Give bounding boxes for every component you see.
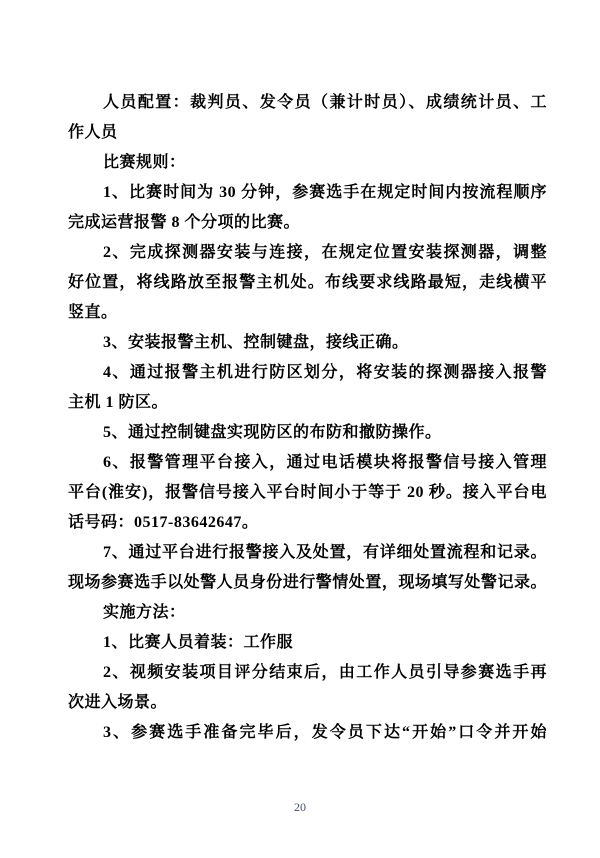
text-line: 人员配置：裁判员、发令员（兼计时员）、成绩统计员、工 [68, 88, 547, 118]
text-line: 主机 1 防区。 [68, 388, 547, 418]
text-line: 2、完成探测器安装与连接，在规定位置安装探测器，调整 [68, 238, 547, 268]
section-heading: 比赛规则： [68, 148, 547, 178]
text-line: 话号码：0517-83642647。 [68, 508, 547, 538]
page-number: 20 [294, 800, 306, 814]
text-line: 3、安装报警主机、控制键盘，接线正确。 [68, 328, 547, 358]
text-line: 好位置，将线路放至报警主机处。布线要求线路最短，走线横平 [68, 268, 547, 298]
text-line: 2、视频安装项目评分结束后，由工作人员引导参赛选手再 [68, 658, 547, 688]
document-page: 人员配置：裁判员、发令员（兼计时员）、成绩统计员、工 作人员 比赛规则： 1、比… [0, 0, 600, 858]
text-line: 作人员 [68, 118, 547, 148]
page-footer: 20 [0, 798, 600, 816]
text-line: 次进入场景。 [68, 688, 547, 718]
text-line: 6、报警管理平台接入，通过电话模块将报警信号接入管理 [68, 448, 547, 478]
text-line: 7、通过平台进行报警接入及处置，有详细处置流程和记录。 [68, 538, 547, 568]
text-line: 现场参赛选手以处警人员身份进行警情处置，现场填写处警记录。 [68, 568, 547, 598]
document-body: 人员配置：裁判员、发令员（兼计时员）、成绩统计员、工 作人员 比赛规则： 1、比… [68, 88, 547, 748]
text-line: 3、参赛选手准备完毕后，发令员下达“开始”口令并开始 [68, 718, 547, 748]
text-line: 5、通过控制键盘实现防区的布防和撤防操作。 [68, 418, 547, 448]
text-line: 完成运营报警 8 个分项的比赛。 [68, 208, 547, 238]
section-heading: 实施方法： [68, 598, 547, 628]
text-line: 1、比赛时间为 30 分钟，参赛选手在规定时间内按流程顺序 [68, 178, 547, 208]
text-line: 4、通过报警主机进行防区划分，将安装的探测器接入报警 [68, 358, 547, 388]
text-line: 竖直。 [68, 298, 547, 328]
text-line: 平台(淮安)，报警信号接入平台时间小于等于 20 秒。接入平台电 [68, 478, 547, 508]
text-line: 1、比赛人员着装：工作服 [68, 628, 547, 658]
